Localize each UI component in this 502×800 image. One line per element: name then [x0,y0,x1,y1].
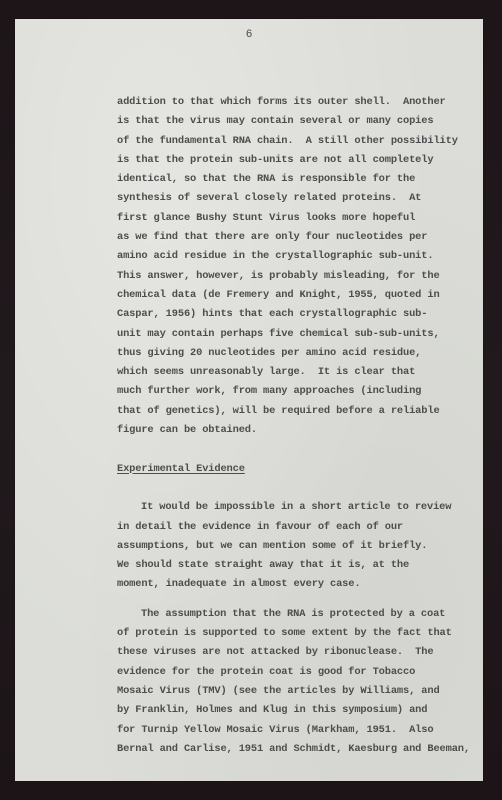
paragraph-gap [117,595,477,605]
text-line: evidence for the protein coat is good fo… [117,663,477,682]
text-line: which seems unreasonably large. It is cl… [117,363,477,382]
text-line: assumptions, but we can mention some of … [117,537,477,556]
text-line: The assumption that the RNA is protected… [117,605,477,624]
text-line: in detail the evidence in favour of each… [117,518,477,537]
paragraph: The assumption that the RNA is protected… [117,605,477,759]
paragraph: It would be impossible in a short articl… [117,498,477,594]
text-line: moment, inadequate in almost every case. [117,575,477,594]
text-line: of protein is supported to some extent b… [117,624,477,643]
text-line: these viruses are not attacked by ribonu… [117,643,477,662]
text-line: by Franklin, Holmes and Klug in this sym… [117,701,477,720]
text-line: Mosaic Virus (TMV) (see the articles by … [117,682,477,701]
text-line: thus giving 20 nucleotides per amino aci… [117,344,477,363]
text-line: for Turnip Yellow Mosaic Virus (Markham,… [117,721,477,740]
text-line: Caspar, 1956) hints that each crystallog… [117,305,477,324]
text-line: is that the virus may contain several or… [117,112,477,131]
paragraph-continuation: addition to that which forms its outer s… [117,93,477,440]
text-line: that of genetics), will be required befo… [117,402,477,421]
text-line: This answer, however, is probably mislea… [117,267,477,286]
paragraph-gap [117,479,477,498]
text-line: We should state straight away that it is… [117,556,477,575]
typed-page: 6 addition to that which forms its outer… [15,19,483,781]
text-line: It would be impossible in a short articl… [117,498,477,517]
text-line: is that the protein sub-units are not al… [117,151,477,170]
section-heading: Experimental Evidence [117,460,477,479]
text-line: Bernal and Carlise, 1951 and Schmidt, Ka… [117,740,477,759]
text-line: amino acid residue in the crystallograph… [117,247,477,266]
text-line: figure can be obtained. [117,421,477,440]
paragraph-gap [117,440,477,459]
text-line: as we find that there are only four nucl… [117,228,477,247]
text-line: chemical data (de Fremery and Knight, 19… [117,286,477,305]
text-line: unit may contain perhaps five chemical s… [117,325,477,344]
text-line: of the fundamental RNA chain. A still ot… [117,132,477,151]
text-line: first glance Bushy Stunt Virus looks mor… [117,209,477,228]
text-line: addition to that which forms its outer s… [117,93,477,112]
body-text: addition to that which forms its outer s… [117,93,477,759]
text-line: synthesis of several closely related pro… [117,189,477,208]
text-line: identical, so that the RNA is responsibl… [117,170,477,189]
text-line: much further work, from many approaches … [117,382,477,401]
page-number: 6 [15,29,483,41]
